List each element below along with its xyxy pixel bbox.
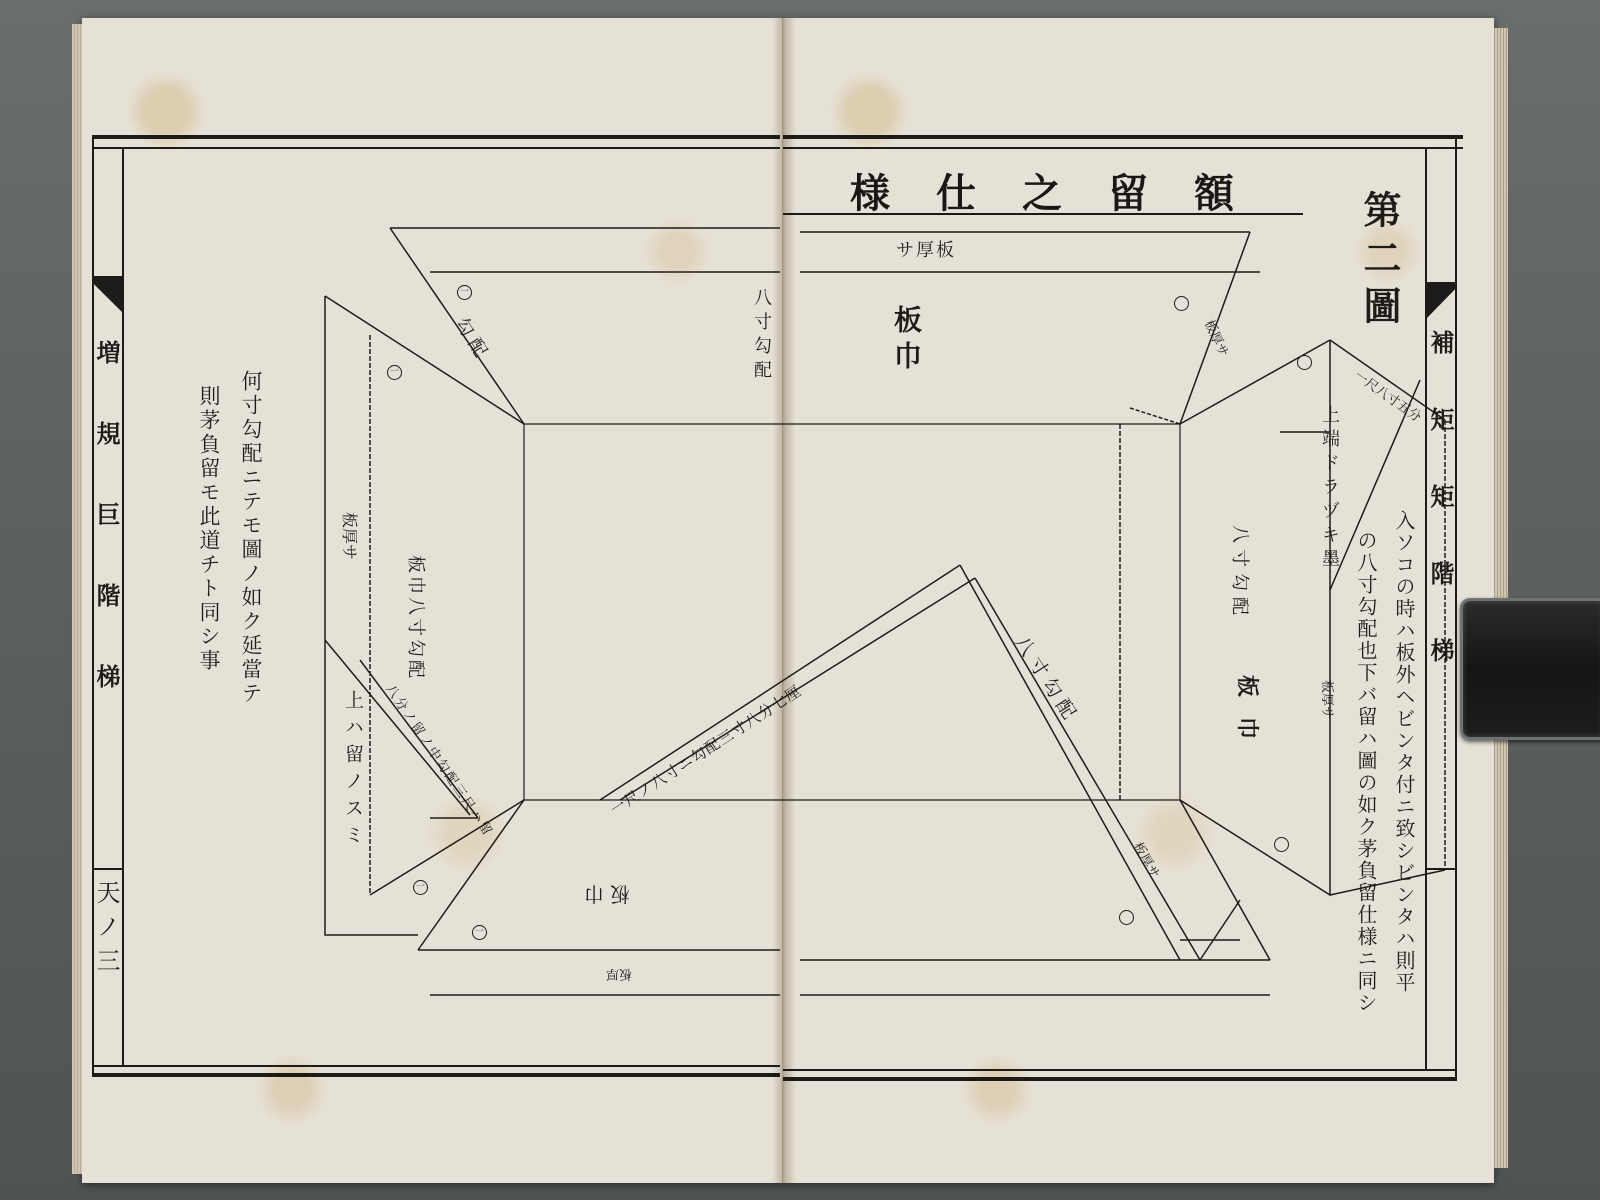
marker-circle: [1119, 910, 1134, 925]
label-top-board-width: 板巾: [892, 305, 920, 377]
marker-circle: [1274, 837, 1289, 852]
frame-joint-diagram: [0, 0, 1600, 1200]
label-right-board-thickness: 板厚サ: [1319, 680, 1338, 719]
label-top-board-thickness: 板厚サ: [896, 236, 956, 262]
marker-circle: [1174, 296, 1189, 311]
label-bottom-board-width: 板巾: [578, 881, 630, 910]
marker-circle: 一: [457, 285, 472, 300]
label-right-top-note: 上端ドラヅキ墨: [1320, 405, 1338, 573]
marker-circle: 一: [413, 880, 428, 895]
label-right-board-width: 板巾: [1233, 675, 1264, 759]
marker-circle: 一: [472, 925, 487, 940]
marker-circle: 一: [387, 365, 402, 380]
marker-circle: [1297, 355, 1312, 370]
binder-clip: [1460, 598, 1600, 740]
label-bottom-board-thickness: 板厚: [606, 966, 632, 985]
label-right-yatsun: 八寸勾配: [1228, 525, 1254, 621]
label-left-board-width-kobai: 板巾八寸勾配: [404, 555, 430, 681]
label-yatsun-kobai-top: 八寸勾配: [752, 288, 770, 384]
label-left-board-thickness: 板厚サ: [339, 512, 362, 560]
label-upper-corner-note: 上ハ留ノスミ: [343, 690, 362, 852]
